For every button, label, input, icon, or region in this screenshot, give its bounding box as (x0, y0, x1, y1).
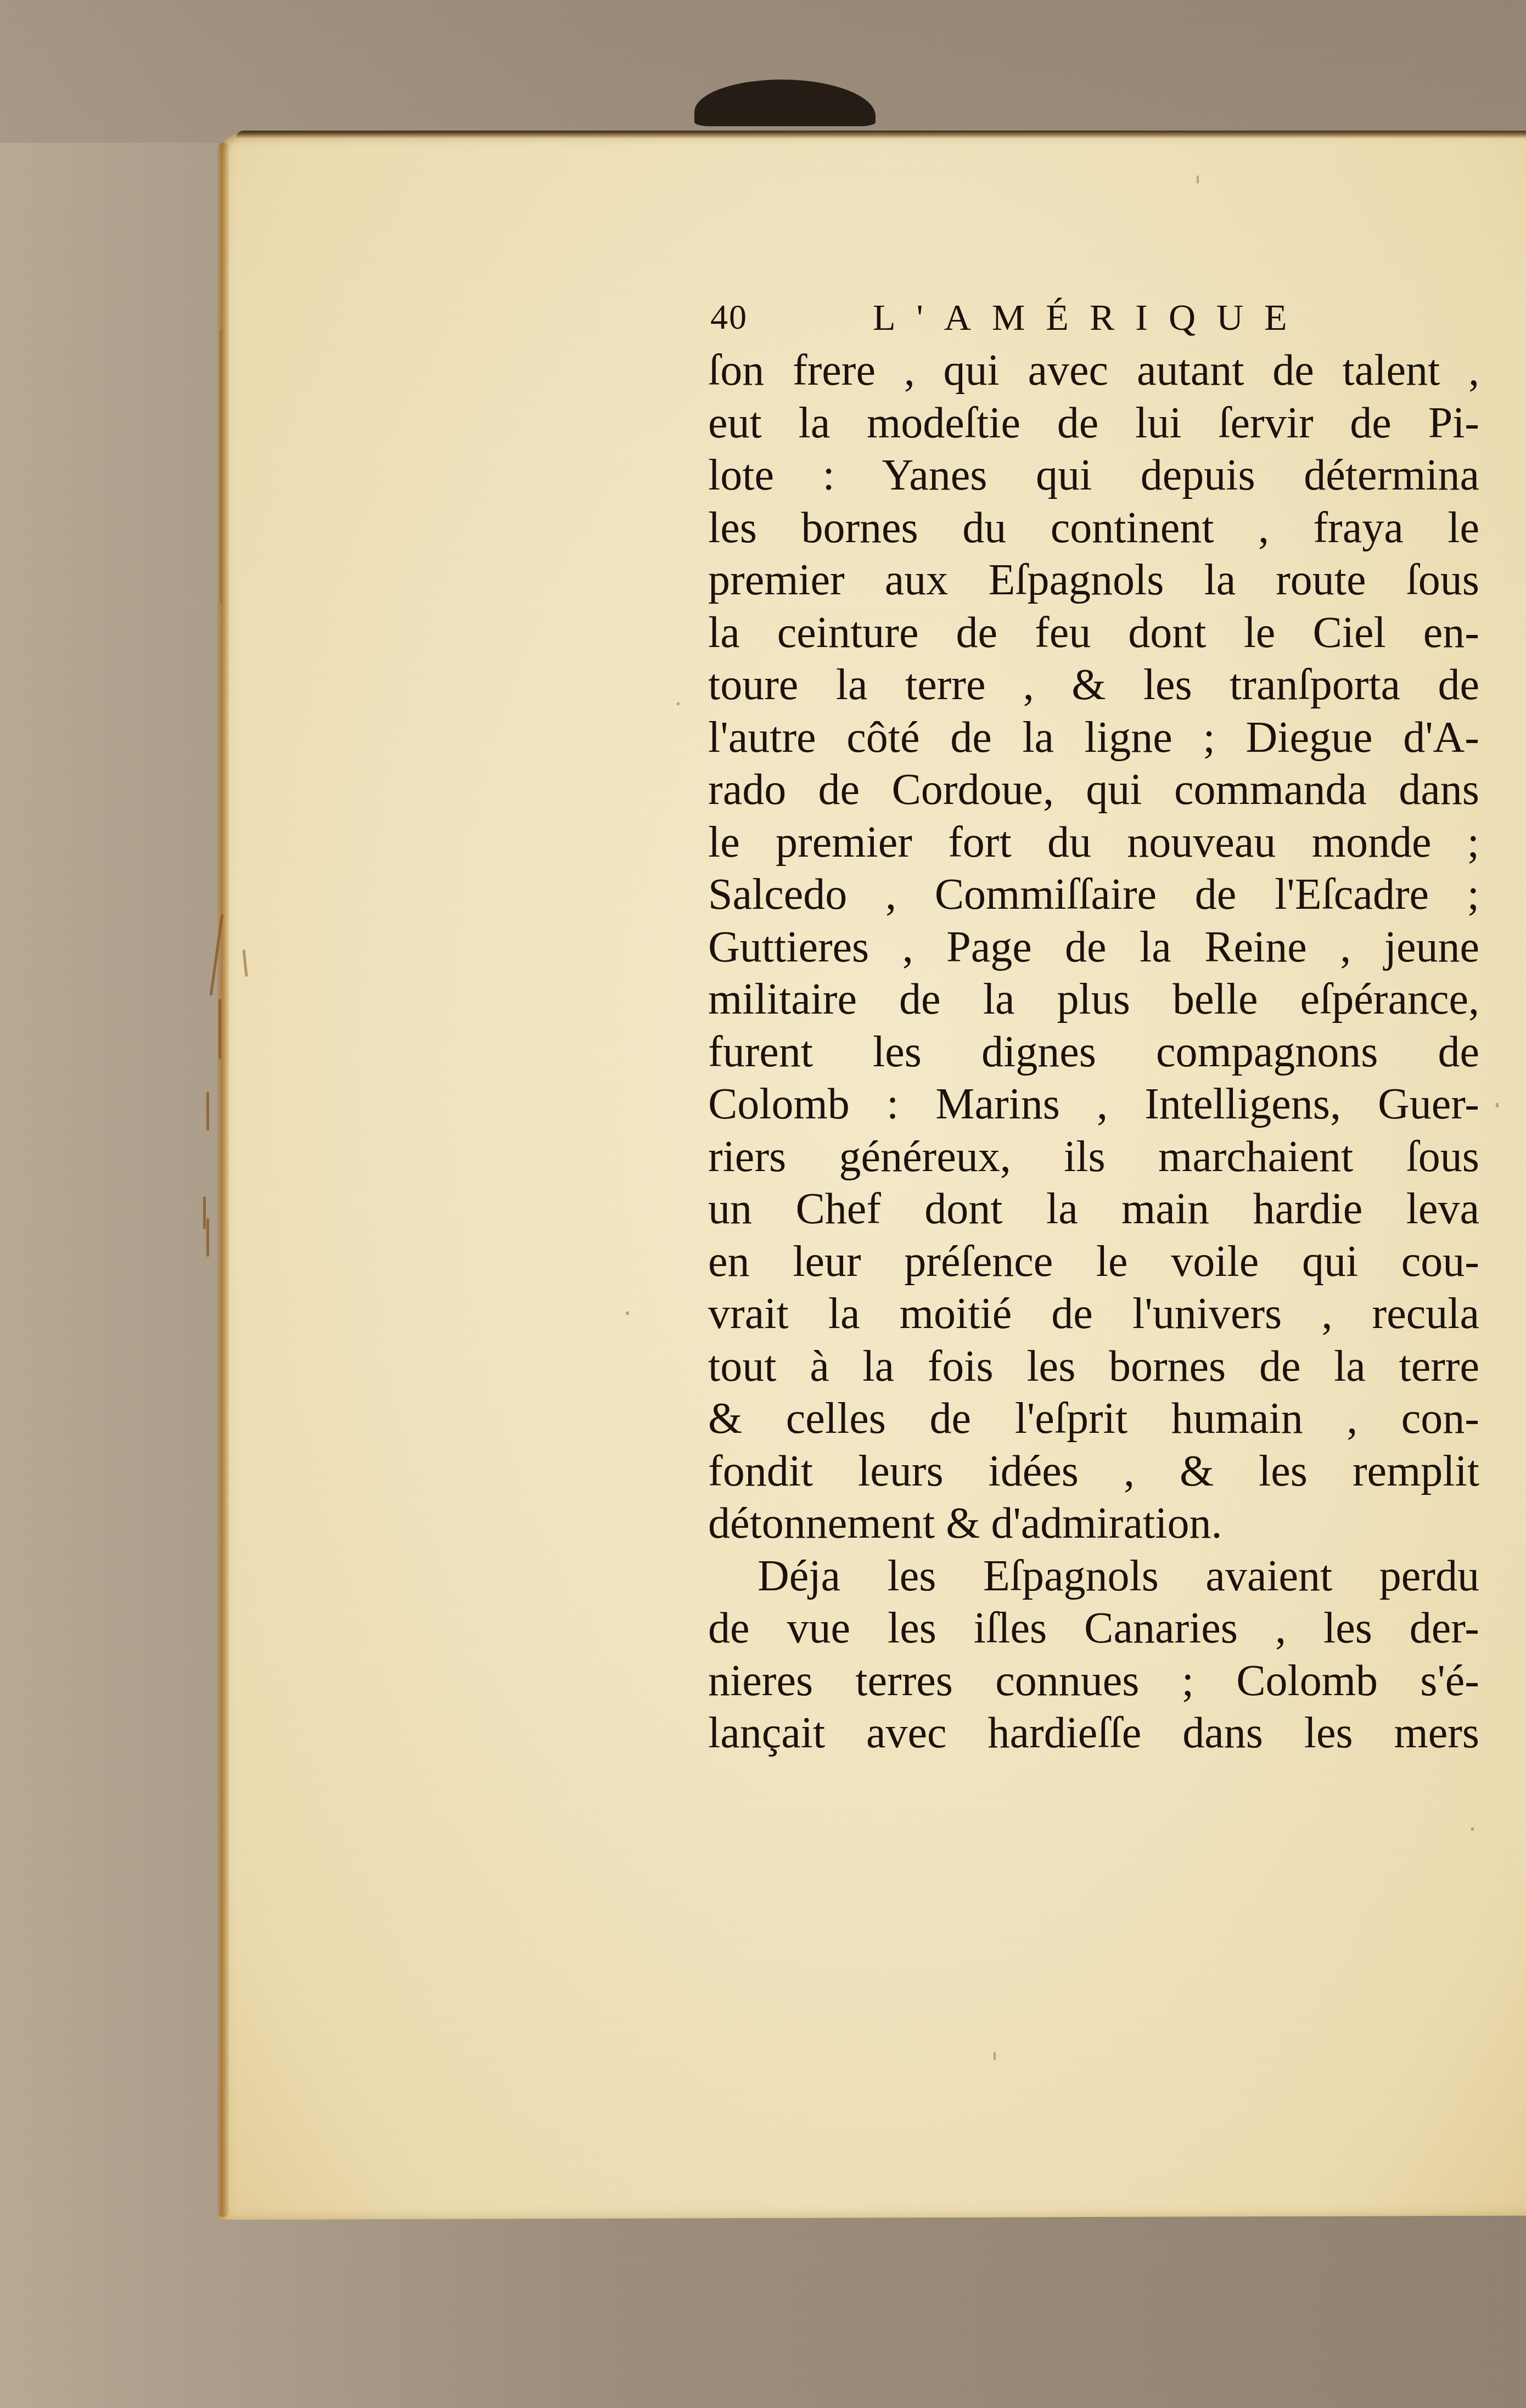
text-line: ſon frere , qui avec autant de talent , (708, 345, 1479, 397)
paper-speck (1471, 1827, 1474, 1831)
page-number: 40 (710, 290, 748, 345)
foxing-mark (203, 1196, 206, 1229)
text-line: lançait avec hardieſſe dans les mers (708, 1707, 1479, 1760)
text-line: & celles de l'eſprit humain , con- (708, 1393, 1479, 1445)
text-line: le premier fort du nouveau monde ; (708, 817, 1479, 869)
text-line: premier aux Eſpagnols la route ſous (708, 554, 1479, 607)
foxing-mark (206, 1092, 209, 1130)
foxing-mark (206, 1218, 209, 1257)
body-text: ſon frere , qui avec autant de talent , … (708, 345, 1479, 1760)
foxing-mark (220, 329, 222, 604)
text-line: un Chef dont la main hardie leva (708, 1183, 1479, 1236)
text-line: rado de Cordoue, qui commanda dans (708, 764, 1479, 817)
running-title: L'AMÉRIQUE (873, 290, 1308, 345)
text-line: militaire de la plus belle eſpérance, (708, 974, 1479, 1026)
text-line: les bornes du continent , fraya le (708, 502, 1479, 555)
text-line: nieres terres connues ; Colomb s'é- (708, 1655, 1479, 1708)
page-left-edge (217, 143, 229, 2217)
foxing-mark (218, 999, 221, 1059)
text-line: la ceinture de feu dont le Ciel en- (708, 607, 1479, 660)
text-line: tout à la fois les bornes de la terre (708, 1341, 1479, 1393)
text-line: l'autre côté de la ligne ; Diegue d'A- (708, 712, 1479, 764)
paragraph-end-line: détonnement & d'admiration. (708, 1498, 1479, 1550)
text-line: toure la terre , & les tranſporta de (708, 659, 1479, 712)
text-line: lote : Yanes qui depuis détermina (708, 449, 1479, 502)
page-text-block: 40 L'AMÉRIQUE ſon frere , qui avec autan… (708, 290, 1479, 1760)
text-line: en leur préſence le voile qui cou- (708, 1236, 1479, 1289)
paper-speck (1496, 1103, 1499, 1107)
text-line: furent les dignes compagnons de (708, 1026, 1479, 1079)
text-line: Colomb : Marins , Intelligens, Guer- (708, 1078, 1479, 1131)
text-line: eut la modeſtie de lui ſervir de Pi- (708, 397, 1479, 450)
text-line: Salcedo , Commiſſaire de l'Eſcadre ; (708, 869, 1479, 921)
paper-speck (626, 1312, 629, 1315)
running-head: 40 L'AMÉRIQUE (708, 290, 1479, 345)
paper-speck (677, 702, 680, 705)
text-line: vrait la moitié de l'univers , recula (708, 1288, 1479, 1341)
text-line: de vue les iſles Canaries , les der- (708, 1602, 1479, 1655)
paper-speck (1197, 176, 1199, 183)
text-line: riers généreux, ils marchaient ſous (708, 1131, 1479, 1184)
paragraph-start-line: Déja les Eſpagnols avaient perdu (708, 1550, 1479, 1603)
text-line: Guttieres , Page de la Reine , jeune (708, 921, 1479, 974)
text-line: fondit leurs idées , & les remplit (708, 1445, 1479, 1498)
page-top-edge (236, 131, 1526, 138)
paper-speck (994, 2052, 996, 2060)
